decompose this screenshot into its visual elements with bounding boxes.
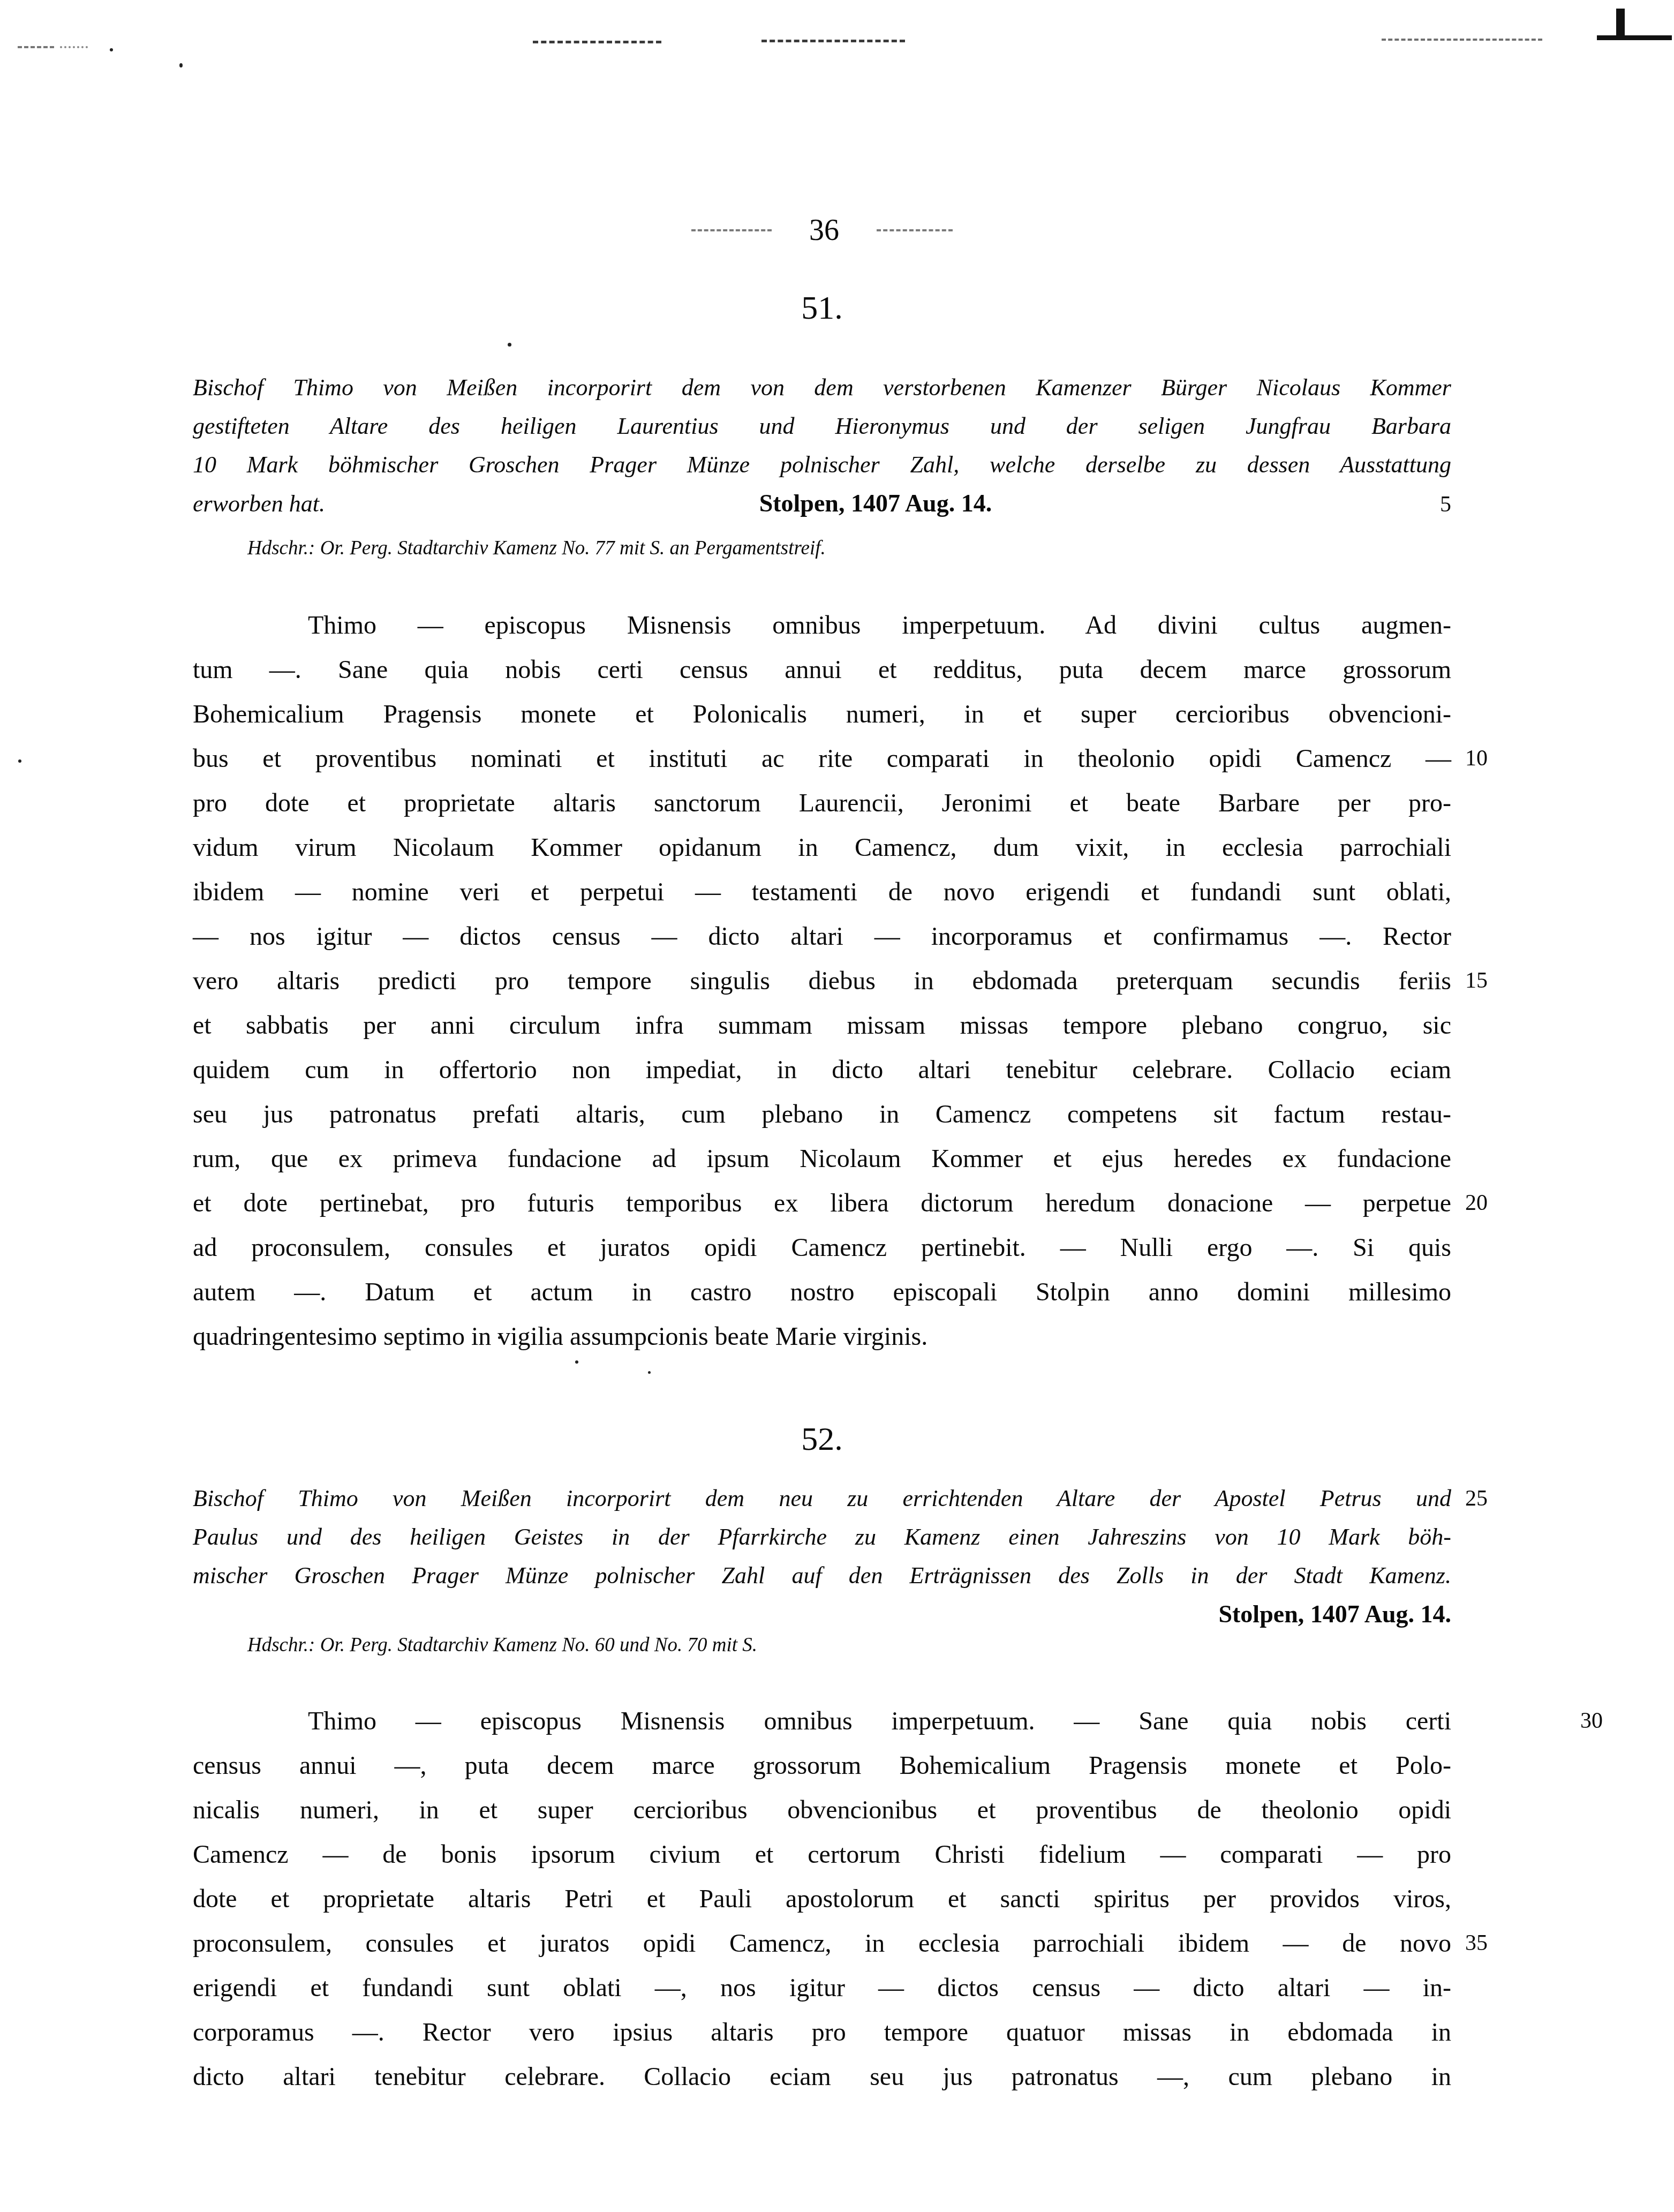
text-line: vidum virum Nicolaum Kommer opidanum in … [193,825,1451,870]
text-line: Camencz — de bonis ipsorum civium et cer… [193,1832,1451,1877]
text-line-content: autem —. Datum et actum in castro nostro… [193,1278,1451,1306]
scan-artifact [18,759,21,763]
entry-52-source: Hdschr.: Or. Perg. Stadtarchiv Kamenz No… [193,1629,1451,1661]
text-line: bus et proventibus nominati et instituti… [193,736,1451,781]
text-line-content: Thimo — episcopus Misnensis omnibus impe… [308,611,1451,639]
text-line: erworben hat.Stolpen, 1407 Aug. 14.5 [193,484,1451,524]
text-line: quadringentesimo septimo in vigilia assu… [193,1314,1451,1359]
text-line: vero altaris predicti pro tempore singul… [193,959,1451,1003]
margin-line-number: 20 [1465,1181,1488,1225]
text-line: ad proconsulem, consules et juratos opid… [193,1225,1451,1270]
date-place: Stolpen, 1407 Aug. 14. [759,484,992,523]
text-line: et sabbatis per anni circulum infra summ… [193,1003,1451,1048]
text-line-content: mischer Groschen Prager Münze polnischer… [193,1562,1451,1589]
margin-line-number: 5 [1440,485,1451,524]
text-line-content: et dote pertinebat, pro futuris temporib… [193,1189,1451,1217]
page-corner-mark [1597,35,1672,40]
text-line-content: ibidem — nomine veri et perpetui — testa… [193,878,1451,906]
text-line-content: census annui —, puta decem marce grossor… [193,1751,1451,1780]
text-line: Bohemicalium Pragensis monete et Polonic… [193,692,1451,736]
text-line-content: ad proconsulem, consules et juratos opid… [193,1233,1451,1262]
text-line-content: bus et proventibus nominati et instituti… [193,744,1451,773]
text-line: Thimo — episcopus Misnensis omnibus impe… [193,1699,1451,1743]
page-corner-mark [1616,9,1625,39]
text-line-content: gestifteten Altare des heiligen Laurenti… [193,413,1451,439]
margin-line-number: 30 [1465,1699,1603,1743]
margin-line-number: 25 [1465,1479,1488,1518]
text-line: census annui —, puta decem marce grossor… [193,1743,1451,1788]
text-line: corporamus —. Rector vero ipsius altaris… [193,2010,1451,2055]
text-line-content: Bischof Thimo von Meißen incorporirt dem… [193,1485,1451,1511]
scan-artifact [575,1360,578,1364]
margin-line-number: 35 [1465,1921,1488,1966]
text-line: pro dote et proprietate altaris sanctoru… [193,781,1451,825]
entry-52-summary: Bischof Thimo von Meißen incorporirt dem… [193,1479,1451,1634]
document-page: 36 51. Bischof Thimo von Meißen incorpor… [0,0,1674,2212]
scan-artifact [508,343,511,347]
text-line: erigendi et fundandi sunt oblati —, nos … [193,1966,1451,2010]
text-line: nicalis numeri, in et super cercioribus … [193,1788,1451,1832]
text-line-content: quadringentesimo septimo in vigilia assu… [193,1322,928,1351]
text-line: gestifteten Altare des heiligen Laurenti… [193,407,1451,446]
page-header: 36 [193,213,1451,247]
text-line: Bischof Thimo von Meißen incorporirt dem… [193,1479,1451,1518]
text-line: rum, que ex primeva fundacione ad ipsum … [193,1137,1451,1181]
text-line: 10 Mark böhmischer Groschen Prager Münze… [193,446,1451,484]
text-line-content: tum —. Sane quia nobis certi census annu… [193,656,1451,684]
text-line: autem —. Datum et actum in castro nostro… [193,1270,1451,1314]
scan-artifact [761,40,905,42]
header-rule-left [691,229,772,231]
margin-line-number: 10 [1465,736,1488,781]
text-line-content: dote et proprietate altaris Petri et Pau… [193,1885,1451,1913]
text-line-content: Thimo — episcopus Misnensis omnibus impe… [308,1707,1451,1735]
text-line: dicto altari tenebitur celebrare. Collac… [193,2055,1451,2099]
text-line-content: rum, que ex primeva fundacione ad ipsum … [193,1145,1451,1173]
text-line-content: Camencz — de bonis ipsorum civium et cer… [193,1840,1451,1869]
entry-51-source: Hdschr.: Or. Perg. Stadtarchiv Kamenz No… [193,532,1451,565]
text-line: tum —. Sane quia nobis certi census annu… [193,648,1451,692]
scan-artifact [18,46,54,48]
text-line: — nos igitur — dictos census — dicto alt… [193,914,1451,959]
text-line-content: et sabbatis per anni circulum infra summ… [193,1011,1451,1040]
date-place: Stolpen, 1407 Aug. 14. [1218,1595,1451,1634]
text-line: ibidem — nomine veri et perpetui — testa… [193,870,1451,914]
text-line-content: nicalis numeri, in et super cercioribus … [193,1796,1451,1824]
text-line-content: proconsulem, consules et juratos opidi C… [193,1929,1451,1958]
entry-number-51: 51. [193,289,1451,327]
text-line: Paulus und des heiligen Geistes in der P… [193,1518,1451,1556]
scan-artifact [533,41,661,43]
text-line-content: Paulus und des heiligen Geistes in der P… [193,1524,1451,1550]
scan-artifact [179,63,183,67]
text-line-content: pro dote et proprietate altaris sanctoru… [193,789,1451,817]
scan-artifact [110,48,113,51]
page-number: 36 [809,213,839,247]
scan-artifact [648,1371,651,1374]
text-line: mischer Groschen Prager Münze polnischer… [193,1556,1451,1595]
text-line: dote et proprietate altaris Petri et Pau… [193,1877,1451,1921]
text-line-content: erigendi et fundandi sunt oblati —, nos … [193,1974,1451,2002]
text-line-content: erworben hat. [193,485,325,523]
text-line-content: dicto altari tenebitur celebrare. Collac… [193,2063,1451,2091]
text-line: et dote pertinebat, pro futuris temporib… [193,1181,1451,1225]
text-line: seu jus patronatus prefati altaris, cum … [193,1092,1451,1137]
margin-line-number: 15 [1465,959,1488,1003]
text-line-content: quidem cum in offertorio non impediat, i… [193,1056,1451,1084]
text-line-content: corporamus —. Rector vero ipsius altaris… [193,2018,1451,2047]
text-line-content: — nos igitur — dictos census — dicto alt… [193,922,1451,951]
header-rule-right [877,229,953,231]
text-line-content: seu jus patronatus prefati altaris, cum … [193,1100,1451,1128]
text-line-content: vidum virum Nicolaum Kommer opidanum in … [193,833,1451,862]
text-line: Bischof Thimo von Meißen incorporirt dem… [193,368,1451,407]
entry-number-52: 52. [193,1420,1451,1458]
scan-artifact [1382,39,1542,41]
text-line-content: Bischof Thimo von Meißen incorporirt dem… [193,374,1451,401]
text-line: proconsulem, consules et juratos opidi C… [193,1921,1451,1966]
text-line: quidem cum in offertorio non impediat, i… [193,1048,1451,1092]
entry-51-body: Thimo — episcopus Misnensis omnibus impe… [193,603,1451,1359]
text-line-content: 10 Mark böhmischer Groschen Prager Münze… [193,452,1451,478]
text-line-content: Bohemicalium Pragensis monete et Polonic… [193,700,1451,728]
entry-51-summary: Bischof Thimo von Meißen incorporirt dem… [193,368,1451,524]
entry-52-body: Thimo — episcopus Misnensis omnibus impe… [193,1699,1451,2099]
scan-artifact [60,46,88,48]
text-line: Stolpen, 1407 Aug. 14. [193,1595,1451,1634]
text-line-content: vero altaris predicti pro tempore singul… [193,967,1451,995]
text-line: Thimo — episcopus Misnensis omnibus impe… [193,603,1451,648]
